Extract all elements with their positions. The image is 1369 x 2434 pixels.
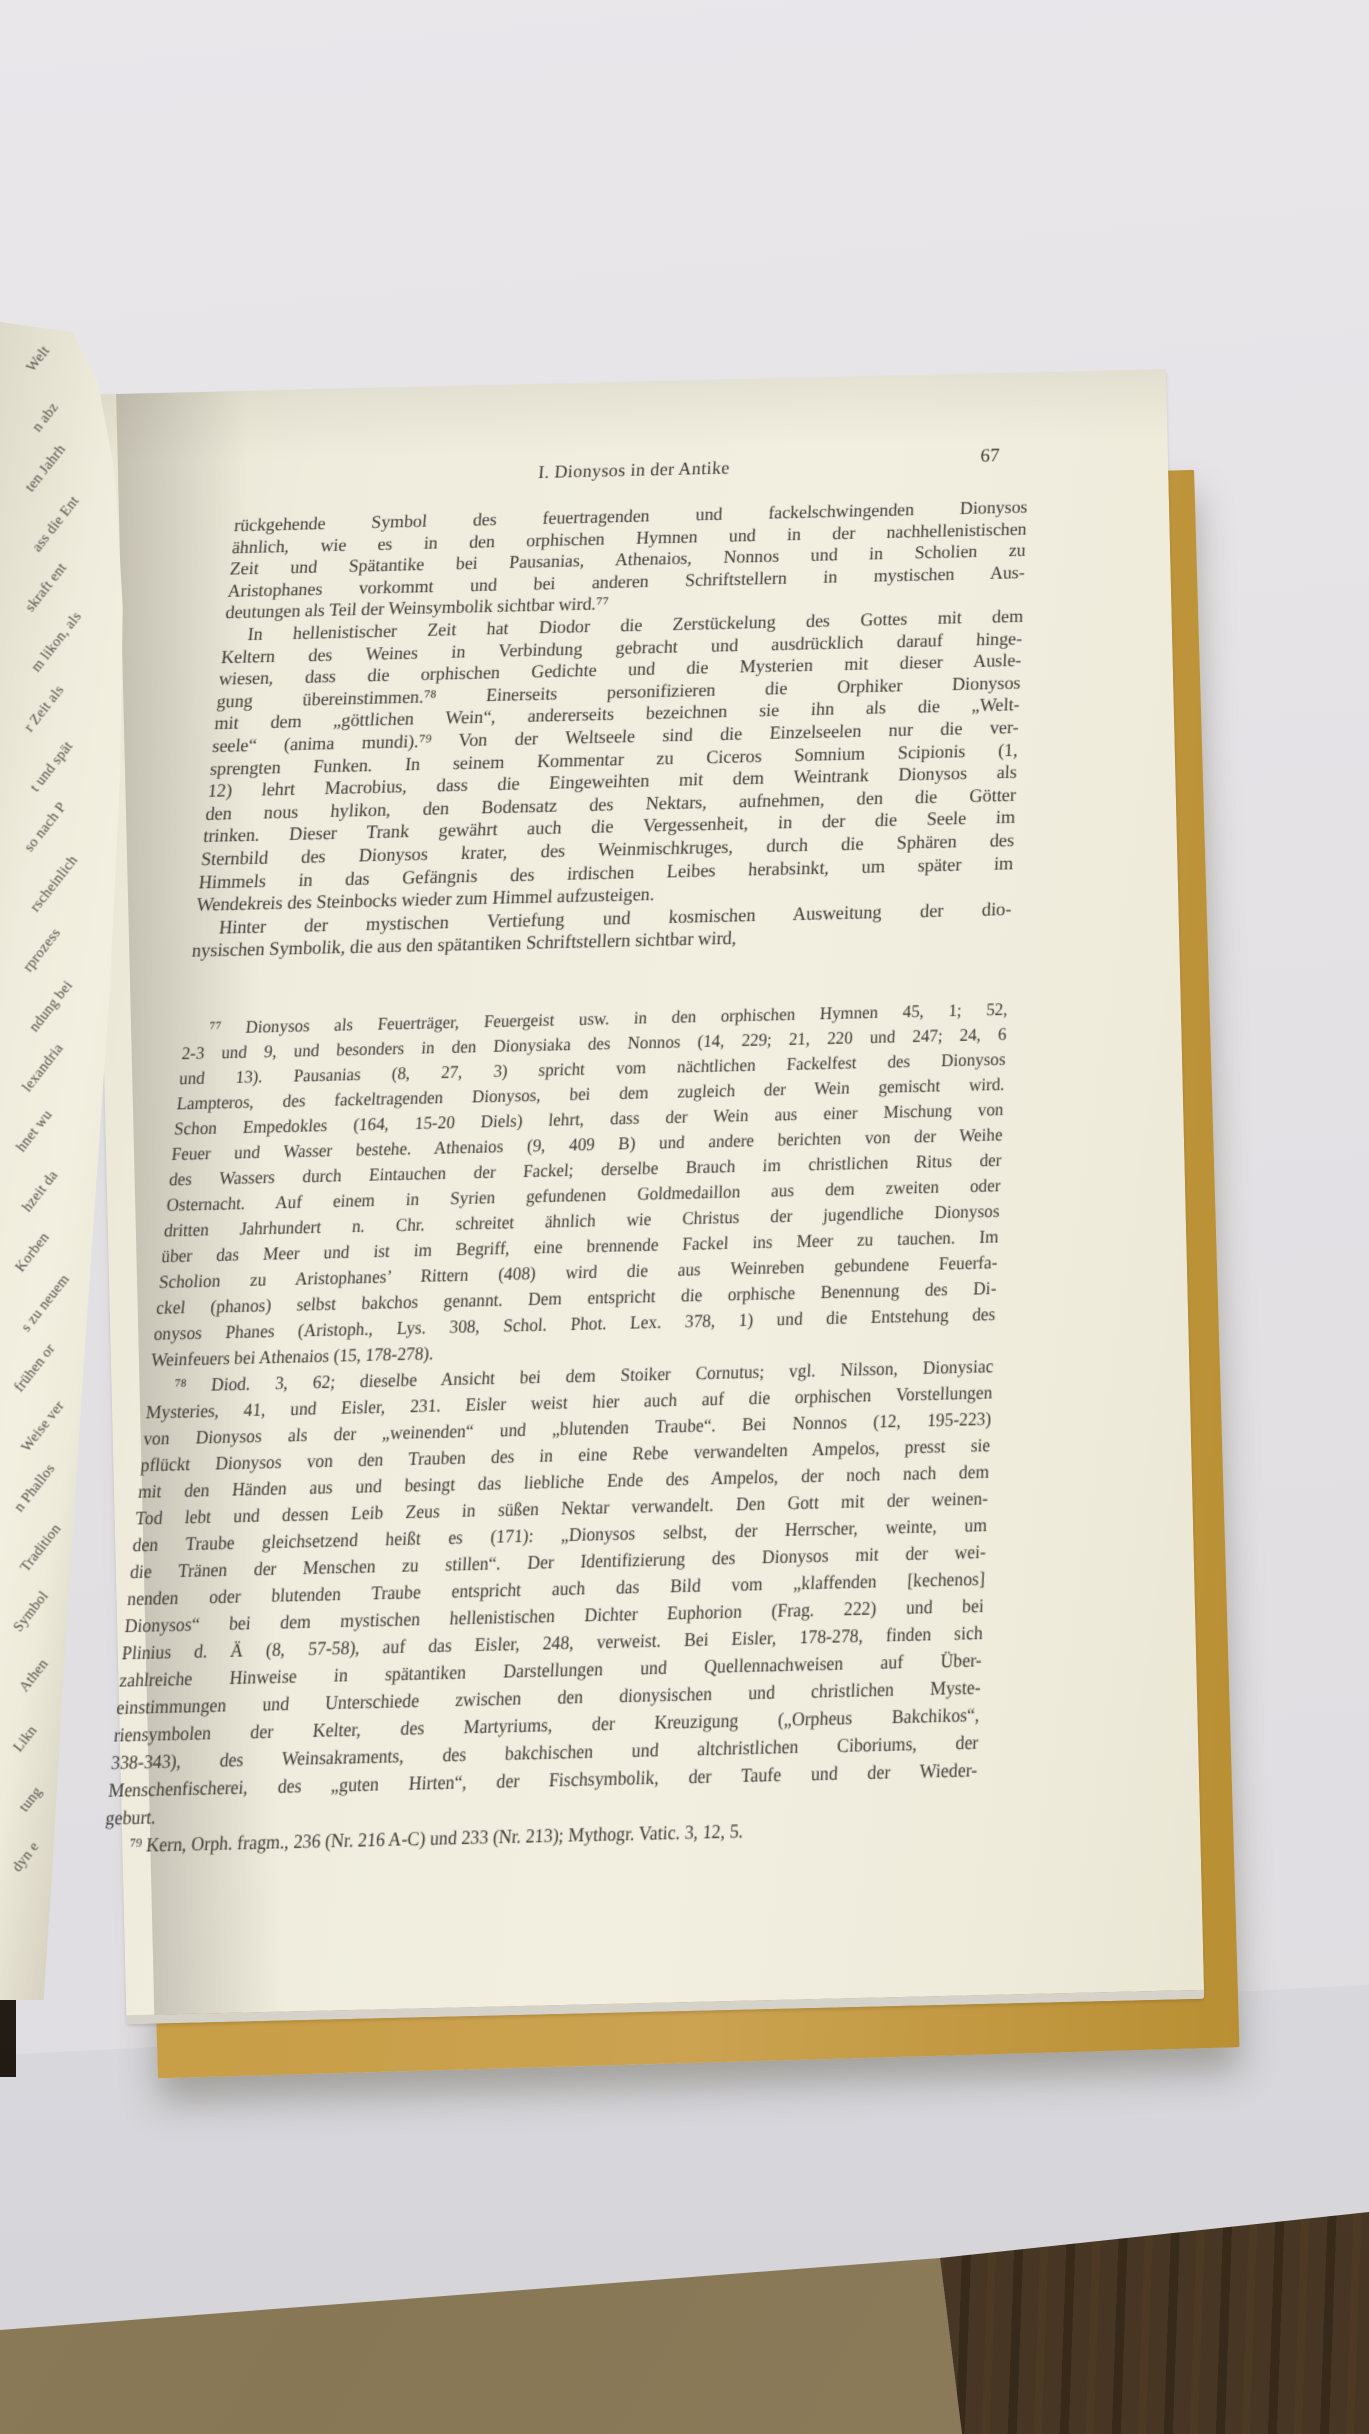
curled-text-fragment: ten Jahrh — [23, 442, 71, 496]
curled-text-fragment: rprozess — [20, 925, 65, 975]
curled-text-fragment: Tradition — [17, 1521, 65, 1576]
curled-text-fragment: Likn — [10, 1723, 41, 1756]
curled-text-fragment: hzeit da — [19, 1168, 62, 1216]
curled-text-fragment: ass die Ent — [29, 493, 83, 556]
curled-text-fragment: tung — [16, 1784, 46, 1816]
curled-text-fragment: ndung bei — [26, 978, 77, 1036]
photo-of-open-book: I. Dionysos in der Antike 67 rückgehende… — [0, 0, 1369, 2434]
curled-text-fragment: Symbol — [10, 1588, 52, 1635]
curled-text-fragment: rscheinlich — [27, 853, 82, 916]
curled-text-fragment: t und spät — [28, 738, 78, 795]
curled-text-fragment: lexandria — [20, 1041, 68, 1096]
curled-text-fragment: Weise ver — [18, 1398, 68, 1456]
curled-text-fragment: s zu neuem — [18, 1271, 73, 1335]
curled-text-fragment: so nach P — [21, 799, 70, 855]
curled-text-fragment: skraft ent — [22, 560, 71, 616]
footnotes-block: ⁷⁷ Dionysos als Feuerträger, Feuergeist … — [102, 996, 1008, 1859]
right-book-page: I. Dionysos in der Antike 67 rückgehende… — [88, 369, 1204, 2024]
curled-text-fragment: Athen — [17, 1656, 53, 1696]
curled-text-fragment: n abz — [29, 400, 62, 436]
curled-text-fragment: dyn e — [9, 1839, 43, 1876]
curled-text-fragment: hnet wu — [13, 1107, 56, 1156]
book: I. Dionysos in der Antike 67 rückgehende… — [88, 369, 1204, 2024]
running-header-title: I. Dionysos in der Antike — [538, 458, 731, 483]
curled-text-fragment: Korben — [12, 1230, 53, 1276]
curled-text-fragment: frühen or — [12, 1341, 60, 1396]
curled-text-fragment: Welt — [23, 343, 54, 376]
curled-text-fragment: n Phallos — [11, 1461, 59, 1516]
curled-text-fragment: m likon, als — [28, 609, 86, 676]
main-text-block: rückgehende Symbol des feuertragenden un… — [191, 496, 1028, 963]
curled-text-fragment: r Zeit als — [21, 682, 68, 735]
page-number: 67 — [980, 445, 1000, 467]
